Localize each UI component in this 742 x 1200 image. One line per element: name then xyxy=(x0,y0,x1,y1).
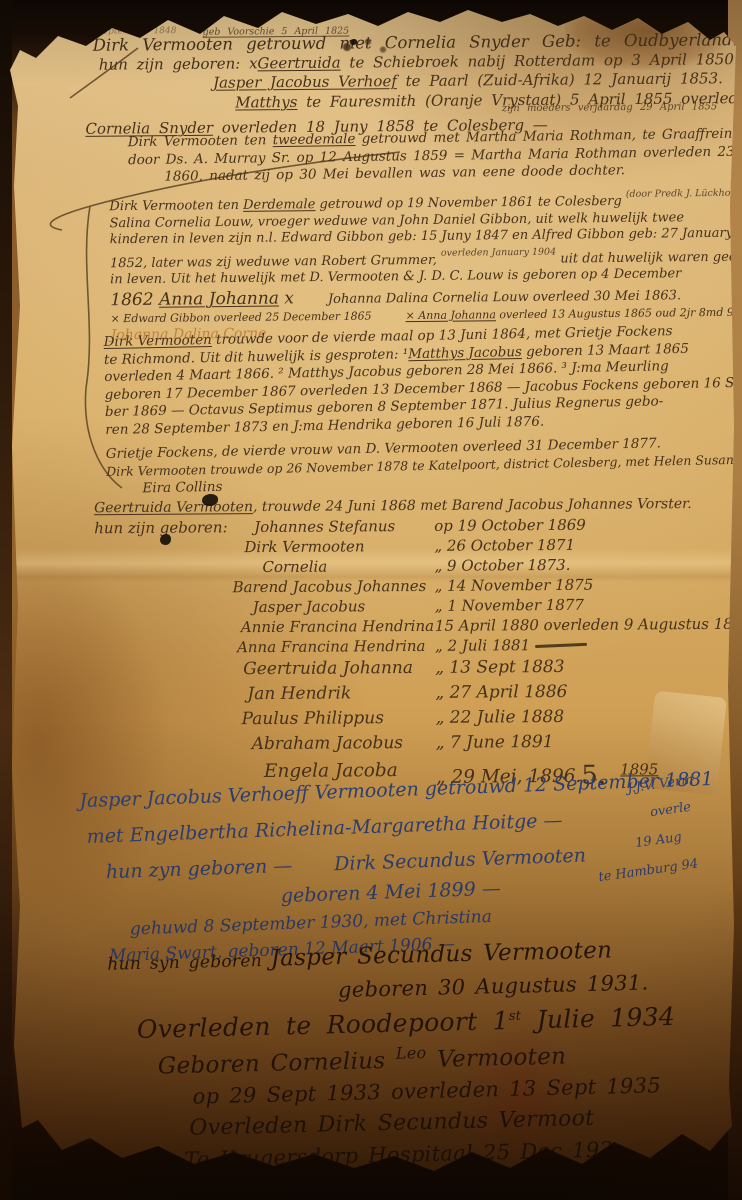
child-name: Johannes Stefanus xyxy=(254,516,395,537)
underlined-word: Derdemale xyxy=(243,197,315,213)
child-birthdate: „ 13 Sept 1883 xyxy=(435,655,565,681)
underlined-name: Anna Johanna xyxy=(159,288,279,309)
list-intro: hun zijn geboren: xyxy=(94,518,228,537)
child-name: Annie Francina Hendrina xyxy=(241,616,434,637)
underlined-name: Dirk Vermooten xyxy=(103,332,211,350)
children-register: Geertruida Vermooten, trouwde 24 Juni 18… xyxy=(94,496,726,788)
underlined-name: Jasper Jacobus Verhoef xyxy=(213,72,397,92)
underlined-name: Geertruida Vermooten xyxy=(94,499,253,516)
ink-blot xyxy=(350,39,357,45)
child-name: Paulus Philippus xyxy=(241,706,384,732)
children-table: hun zijn geboren: Johannes Stefanus op 1… xyxy=(94,514,726,788)
child-birthdate: „ 26 October 1871 xyxy=(434,535,575,556)
gibbon-death-note: overleden January 1904 xyxy=(441,246,556,258)
child-birthdate: „ 7 June 1891 xyxy=(436,730,554,756)
child-name: Jan Hendrik xyxy=(247,681,351,707)
table-edge-left xyxy=(0,0,12,1200)
child-name: Cornelia xyxy=(262,557,327,577)
child-name: Geertruida Johanna xyxy=(243,656,413,682)
underlined-word: tweedemale xyxy=(273,131,356,148)
photographed-register-page: September 1848 geb Voorschie 5 April 182… xyxy=(0,0,742,1200)
child-birthdate: 15 April 1880 overleden 9 Augustus 1880 xyxy=(435,614,742,636)
child-birthdate: „ 2 Juli 1881 xyxy=(435,635,587,656)
child-birthdate: „ 9 October 1873. xyxy=(434,555,570,576)
predikant-note: (door Predk J. Lückhoff) xyxy=(626,188,741,200)
ink-blot xyxy=(160,534,171,545)
entry-section-third-marriage: Dirk Vermooten ten Derdemale getrouwd op… xyxy=(109,186,736,344)
child-name: Dirk Vermooten xyxy=(244,536,364,557)
mother-birthday-note: zijn moeders verjaardag 29 April 1855 xyxy=(502,97,718,118)
child-birthdate: „ 22 Julie 1888 xyxy=(435,705,564,731)
child-birthdate: „ 27 April 1886 xyxy=(435,680,567,706)
entry-line: Overleden Dirk Secundus Vermoot xyxy=(189,1102,741,1140)
entry-section-second-marriage: Dirk Vermooten ten tweedemale getrouwd m… xyxy=(128,126,729,187)
child-birthdate: „ 1 November 1877 xyxy=(435,595,584,616)
entry-line: Geertruida Vermooten, trouwde 24 Juni 18… xyxy=(94,496,724,516)
child-name: Jasper Jacobus xyxy=(253,596,366,617)
strikethrough-scribble xyxy=(535,638,587,650)
inserted-word: Leo xyxy=(396,1043,427,1063)
underlined-name: Geertruida xyxy=(257,53,340,72)
child-name: Anna Francina Hendrina xyxy=(237,636,426,657)
entry-line: op 29 Sept 1933 overleden 13 Sept 1935 xyxy=(192,1071,740,1108)
child-birthdate: op 19 October 1869 xyxy=(434,515,586,536)
child-name: Abraham Jacobus xyxy=(252,731,403,757)
entry-section-first-marriage: September 1848 geb Voorschie 5 April 182… xyxy=(85,17,734,139)
birth-note: geb Voorschie 5 April 1825 xyxy=(203,22,350,43)
child-name: Barend Jacobus Johannes xyxy=(233,576,427,597)
ink-blot xyxy=(202,494,218,506)
underlined-name: Matthys Jacobus xyxy=(408,344,522,362)
entry-line: geboren 30 Augustus 1931. xyxy=(338,968,738,1002)
aged-paper-sheet: September 1848 geb Voorschie 5 April 182… xyxy=(10,6,736,1186)
underlined-name: × Anna Johanna xyxy=(406,308,496,322)
child-birthdate: „ 14 November 1875 xyxy=(435,575,594,596)
entry-section-fourth-marriage: Dirk Vermooten trouwde voor de vierde ma… xyxy=(103,322,736,498)
child-name: Dirk Secundus Vermooten xyxy=(334,845,586,876)
underlined-name: Matthys xyxy=(235,92,297,111)
